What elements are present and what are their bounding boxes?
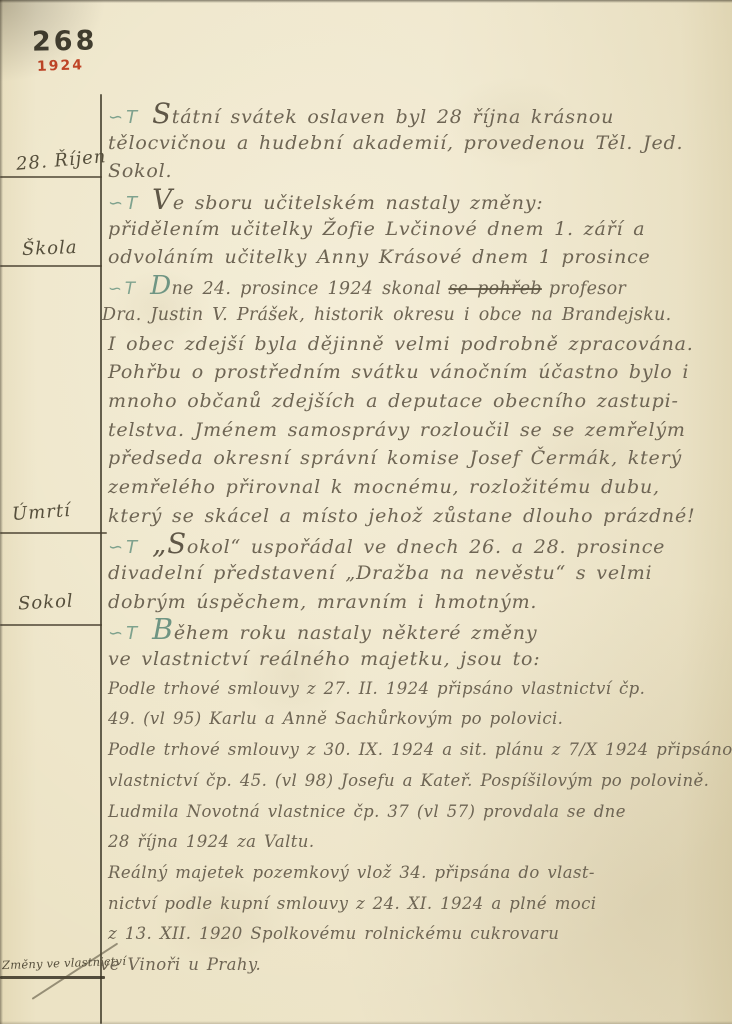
line-text: vlastnictví čp. 45. (vl 98) Josefu a Kat… <box>108 766 709 797</box>
margin-note-28-rijen: 28. Říjen <box>15 146 107 175</box>
manuscript-line: Podle trhové smlouvy z 30. IX. 1924 a si… <box>108 735 728 766</box>
manuscript-line: ∽TStátní svátek oslaven byl 28 října krá… <box>108 100 728 129</box>
manuscript-line: přidělením učitelky Žofie Lvčinové dnem … <box>108 215 728 244</box>
page-number: 268 <box>32 25 98 57</box>
manuscript-line: z 13. XII. 1920 Spolkovému rolnickému cu… <box>108 919 728 950</box>
line-text: Sokol. <box>108 157 172 186</box>
manuscript-line: odvoláním učitelky Anny Krásové dnem 1 p… <box>108 243 728 272</box>
line-text: Reálný majetek pozemkový vlož 34. připsá… <box>108 858 595 889</box>
line-text: 49. (vl 95) Karlu a Anně Sachůrkovým po … <box>108 704 563 735</box>
manuscript-line: ∽TVe sboru učitelském nastaly změny: <box>108 186 728 215</box>
line-text: odvoláním učitelky Anny Krásové dnem 1 p… <box>108 243 651 272</box>
line-text: divadelní představení „Dražba na nevěstu… <box>108 559 652 588</box>
paragraph-mark-icon: ∽T <box>108 534 140 563</box>
manuscript-line: mnoho občanů zdejších a deputace obecníh… <box>108 387 728 416</box>
year-stamp: 1924 <box>37 57 84 75</box>
line-text: tělocvičnou a hudební akademií, proveden… <box>108 129 683 158</box>
paragraph-mark-icon: ∽T <box>108 190 140 219</box>
line-text: který se skácel a místo jehož zůstane dl… <box>108 502 695 531</box>
manuscript-line: ∽TDne 24. prosince 1924 skonalse pohřebp… <box>108 272 728 301</box>
margin-rule <box>0 265 102 267</box>
manuscript-line: Dra. Justin V. Prášek, historik okresu i… <box>102 301 728 330</box>
line-text: mnoho občanů zdejších a deputace obecníh… <box>108 387 679 416</box>
manuscript-line: 49. (vl 95) Karlu a Anně Sachůrkovým po … <box>108 704 728 735</box>
margin-note-umrti: Úmrtí <box>11 500 71 525</box>
line-text: telstva. Jménem samosprávy rozloučil se … <box>108 416 686 445</box>
chronicle-page: 268 1924 28. Říjen Škola Úmrtí Sokol Změ… <box>0 0 732 1024</box>
margin-rule <box>0 176 102 178</box>
line-text: Ludmila Novotná vlastnice čp. 37 (vl 57)… <box>108 797 626 828</box>
line-text: Dne 24. prosince 1924 skonal <box>150 272 441 304</box>
manuscript-line: vlastnictví čp. 45. (vl 98) Josefu a Kat… <box>108 766 728 797</box>
margin-divider-line <box>100 94 102 1024</box>
manuscript-line: předseda okresní správní komise Josef Če… <box>108 444 728 473</box>
line-text: I obec zdejší byla dějinně velmi podrobn… <box>108 330 694 359</box>
line-text: ve vlastnictví reálného majetku, jsou to… <box>108 645 541 674</box>
line-text: Ve sboru učitelském nastaly změny: <box>152 186 543 218</box>
line-text: zemřelého přirovnal k mocnému, rozložité… <box>108 473 660 502</box>
manuscript-line: nictví podle kupní smlouvy z 24. XI. 192… <box>108 889 728 920</box>
manuscript-line: dobrým úspěchem, mravním i hmotným. <box>108 588 728 617</box>
manuscript-line: zemřelého přirovnal k mocnému, rozložité… <box>108 473 728 502</box>
paragraph-mark-icon: ∽T <box>108 620 140 649</box>
paragraph-mark-icon: ∽T <box>108 275 138 304</box>
manuscript-line: Ludmila Novotná vlastnice čp. 37 (vl 57)… <box>108 797 728 828</box>
manuscript-line: divadelní představení „Dražba na nevěstu… <box>108 559 728 588</box>
margin-rule <box>0 532 107 534</box>
manuscript-line: ve vlastnictví reálného majetku, jsou to… <box>108 645 728 674</box>
manuscript-line: I obec zdejší byla dějinně velmi podrobn… <box>108 330 728 359</box>
line-text: Podle trhové smlouvy z 27. II. 1924 přip… <box>108 674 645 705</box>
margin-note-skola: Škola <box>22 237 78 260</box>
line-text: Podle trhové smlouvy z 30. IX. 1924 a si… <box>108 735 732 766</box>
line-text: ve Vinoři u Prahy. <box>100 950 261 981</box>
line-text: Pohřbu o prostředním svátku vánočním úča… <box>108 358 689 387</box>
line-text: profesor <box>549 275 626 304</box>
manuscript-line: Pohřbu o prostředním svátku vánočním úča… <box>108 358 728 387</box>
line-text: Státní svátek oslaven byl 28 října krásn… <box>152 100 614 132</box>
line-text: předseda okresní správní komise Josef Če… <box>108 444 682 473</box>
line-text: 28 října 1924 za Valtu. <box>108 827 314 858</box>
line-text: z 13. XII. 1920 Spolkovému rolnickému cu… <box>108 919 559 950</box>
manuscript-body: ∽TStátní svátek oslaven byl 28 října krá… <box>108 100 728 981</box>
strikethrough-text: se pohřeb <box>448 275 542 304</box>
line-text: přidělením učitelky Žofie Lvčinové dnem … <box>108 215 645 244</box>
manuscript-line: Reálný majetek pozemkový vlož 34. připsá… <box>108 858 728 889</box>
margin-note-sokol: Sokol <box>17 591 74 615</box>
manuscript-line: který se skácel a místo jehož zůstane dl… <box>108 502 728 531</box>
margin-rule <box>0 624 102 626</box>
manuscript-line: ve Vinoři u Prahy. <box>100 950 728 981</box>
margin-rule <box>0 976 105 979</box>
manuscript-line: ∽TBěhem roku nastaly některé změny <box>108 616 728 645</box>
line-text: „Sokol“ uspořádal ve dnech 26. a 28. pro… <box>152 530 665 562</box>
line-text: Dra. Justin V. Prášek, historik okresu i… <box>102 301 671 330</box>
manuscript-line: 28 října 1924 za Valtu. <box>108 827 728 858</box>
manuscript-line: tělocvičnou a hudební akademií, proveden… <box>108 129 728 158</box>
manuscript-line: Podle trhové smlouvy z 27. II. 1924 přip… <box>108 674 728 705</box>
line-text: nictví podle kupní smlouvy z 24. XI. 192… <box>108 889 596 920</box>
paragraph-mark-icon: ∽T <box>108 104 140 133</box>
manuscript-line: Sokol. <box>108 157 728 186</box>
manuscript-line: ∽T„Sokol“ uspořádal ve dnech 26. a 28. p… <box>108 530 728 559</box>
line-text: Během roku nastaly některé změny <box>152 616 537 648</box>
manuscript-line: telstva. Jménem samosprávy rozloučil se … <box>108 416 728 445</box>
line-text: dobrým úspěchem, mravním i hmotným. <box>108 588 537 617</box>
